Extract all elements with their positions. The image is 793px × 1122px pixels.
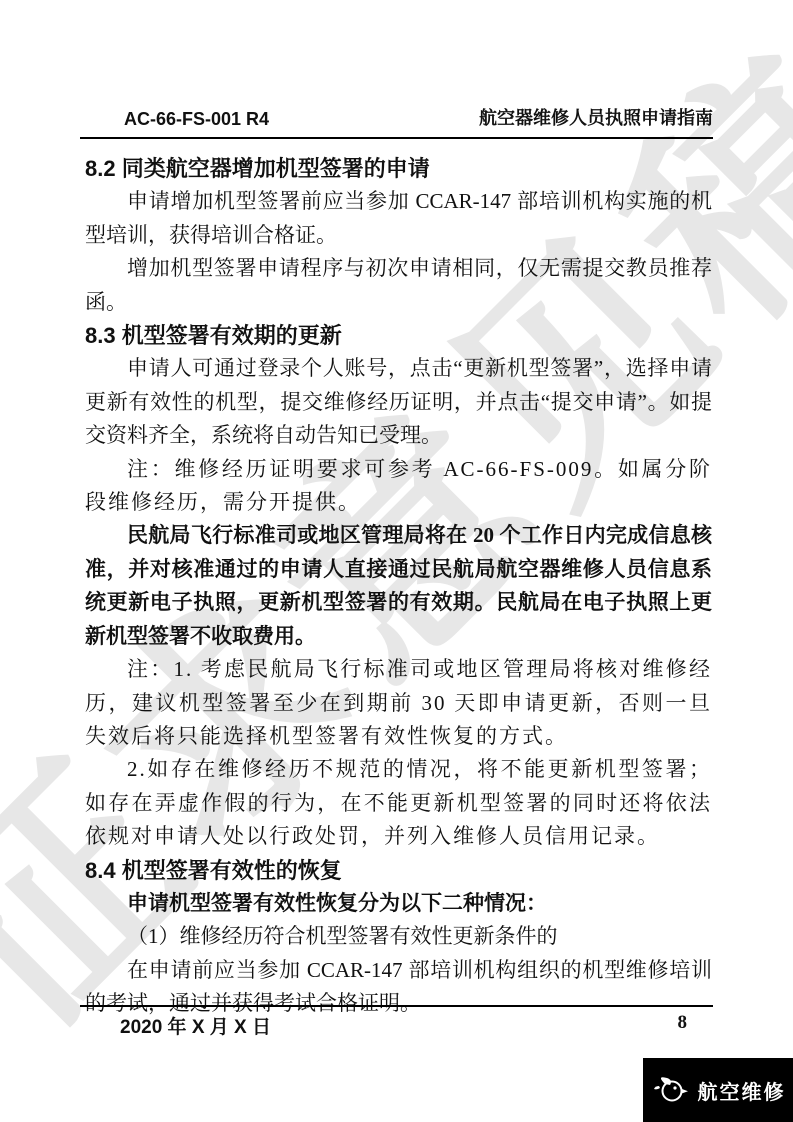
document-body: 8.2 同类航空器增加机型签署的申请 申请增加机型签署前应当参加 CCAR-14… — [85, 152, 712, 1021]
footer-date: 2020 年 X 月 X 日 — [120, 1012, 271, 1039]
footer-page-number: 8 — [678, 1012, 714, 1039]
page-header: AC-66-FS-001 R4 航空器维修人员执照申请指南 — [80, 104, 713, 139]
document-number: AC-66-FS-001 R4 — [80, 109, 269, 130]
section-8-2-heading: 8.2 同类航空器增加机型签署的申请 — [85, 152, 712, 185]
note-paragraph: 2.如存在维修经历不规范的情况，将不能更新机型签署；如存在弄虚作假的行为，在不能… — [85, 753, 712, 853]
paragraph-emphasis: 申请机型签署有效性恢复分为以下二种情况： — [85, 887, 712, 920]
document-title: 航空器维修人员执照申请指南 — [479, 104, 713, 130]
note-paragraph: 注：1. 考虑民航局飞行标准司或地区管理局将核对维修经历，建议机型签署至少在到期… — [85, 653, 712, 753]
paragraph: 申请人可通过登录个人账号，点击“更新机型签署”，选择申请更新有效性的机型，提交维… — [85, 352, 712, 452]
section-8-3-heading: 8.3 机型签署有效期的更新 — [85, 319, 712, 352]
paragraph-emphasis: 民航局飞行标准司或地区管理局将在 20 个工作日内完成信息核准，并对核准通过的申… — [85, 519, 712, 653]
brand-badge: 航空维修 — [643, 1058, 793, 1122]
paragraph: 申请增加机型签署前应当参加 CCAR-147 部培训机构实施的机型培训，获得培训… — [85, 185, 712, 252]
section-8-4-heading: 8.4 机型签署有效性的恢复 — [85, 854, 712, 887]
brand-name: 航空维修 — [698, 1076, 786, 1105]
paragraph: （1）维修经历符合机型签署有效性更新条件的 — [85, 920, 712, 953]
footer-divider — [80, 1005, 713, 1007]
page-footer: 2020 年 X 月 X 日 8 — [120, 1012, 713, 1039]
paragraph: 在申请前应当参加 CCAR-147 部培训机构组织的机型维修培训的考试，通过并获… — [85, 954, 712, 1021]
paragraph: 增加机型签署申请程序与初次申请相同，仅无需提交教员推荐函。 — [85, 252, 712, 319]
bird-logo-icon — [651, 1072, 689, 1109]
note-paragraph: 注：维修经历证明要求可参考 AC-66-FS-009。如属分阶段维修经历，需分开… — [85, 453, 712, 520]
